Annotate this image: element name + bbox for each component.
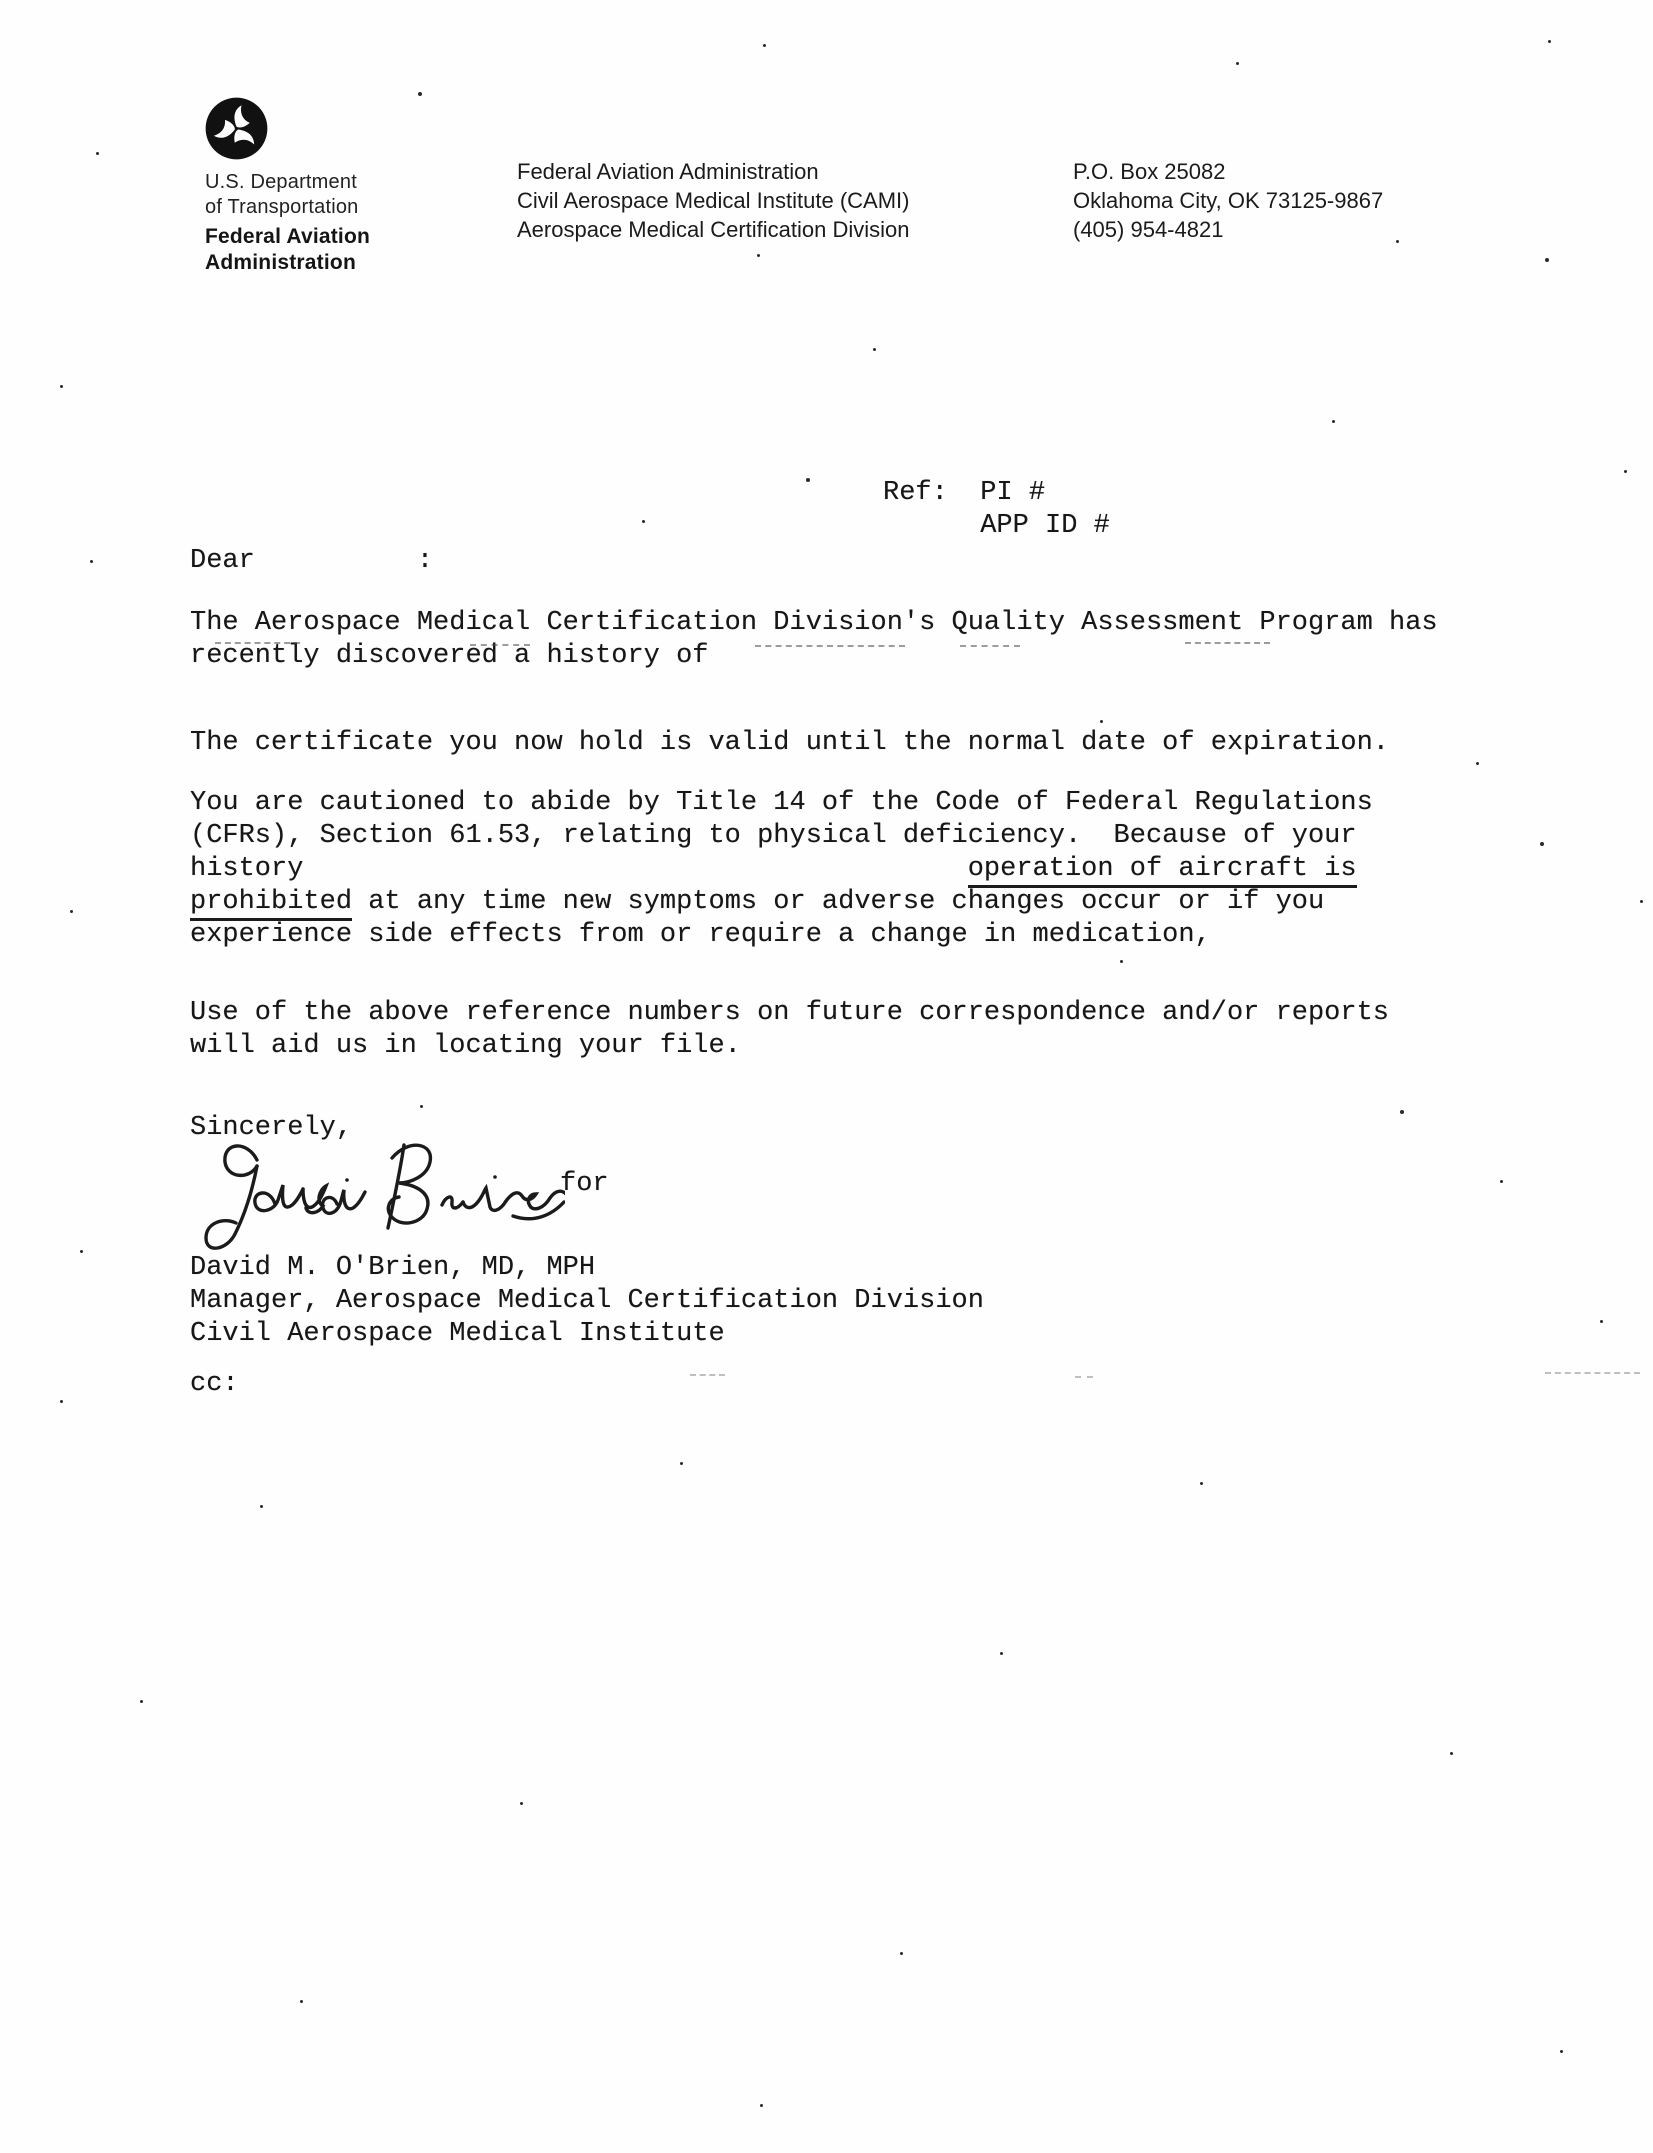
signature-handwriting xyxy=(195,1128,565,1263)
scan-artifact-dash xyxy=(960,645,1020,647)
scan-artifact-dash xyxy=(1185,642,1270,644)
agency-name-line1: Federal Aviation xyxy=(205,224,370,250)
address-line: P.O. Box 25082 xyxy=(1073,157,1383,186)
signer-name: David M. O'Brien, MD, MPH xyxy=(190,1252,984,1285)
cc-label: cc: xyxy=(190,1368,239,1401)
address-line: Oklahoma City, OK 73125-9867 xyxy=(1073,186,1383,215)
dept-name-line2: of Transportation xyxy=(205,195,359,220)
address-line: (405) 954-4821 xyxy=(1073,215,1383,244)
paragraph-reference-numbers: Use of the above reference numbers on fu… xyxy=(190,997,1389,1063)
paragraph-certificate-valid: The certificate you now hold is valid un… xyxy=(190,727,1389,760)
paragraph-cautioned: You are cautioned to abide by Title 14 o… xyxy=(190,787,1373,952)
text-segment: at any time new symptoms or adverse chan… xyxy=(190,887,1324,950)
reference-block: Ref: PI # APP ID # xyxy=(883,477,1110,543)
scan-artifact-dash xyxy=(1075,1376,1093,1378)
signer-title: Manager, Aerospace Medical Certification… xyxy=(190,1285,984,1318)
salutation: Dear : xyxy=(190,545,433,578)
ref-pi-line: Ref: PI # xyxy=(883,477,1110,510)
letterhead-address-block: P.O. Box 25082 Oklahoma City, OK 73125-9… xyxy=(1073,157,1383,244)
scan-artifact-dash xyxy=(470,644,530,646)
underlined-text-segment: prohibited xyxy=(190,887,352,921)
scan-artifact-dash xyxy=(690,1374,725,1376)
org-line: Aerospace Medical Certification Division xyxy=(517,215,910,244)
org-line: Civil Aerospace Medical Institute (CAMI) xyxy=(517,186,910,215)
paragraph-quality-assessment: The Aerospace Medical Certification Divi… xyxy=(190,607,1438,673)
scan-artifact-dash xyxy=(755,645,905,647)
signer-org: Civil Aerospace Medical Institute xyxy=(190,1318,984,1351)
scanned-letter-page: U.S. Department of Transportation Federa… xyxy=(0,0,1653,2153)
dept-name-line1: U.S. Department xyxy=(205,170,357,195)
ref-appid-line: APP ID # xyxy=(883,510,1110,543)
agency-name-line2: Administration xyxy=(205,250,356,276)
scan-artifact-dash xyxy=(1545,1372,1640,1374)
scan-artifact-dash xyxy=(215,642,300,644)
dot-triskelion-logo-icon xyxy=(205,97,268,160)
signature-for-label: for xyxy=(560,1168,609,1201)
text-segment xyxy=(303,854,967,884)
letterhead-org-block: Federal Aviation Administration Civil Ae… xyxy=(517,157,910,244)
signer-block: David M. O'Brien, MD, MPH Manager, Aeros… xyxy=(190,1252,984,1351)
org-line: Federal Aviation Administration xyxy=(517,157,910,186)
underlined-text-segment: operation of aircraft is xyxy=(968,854,1357,888)
